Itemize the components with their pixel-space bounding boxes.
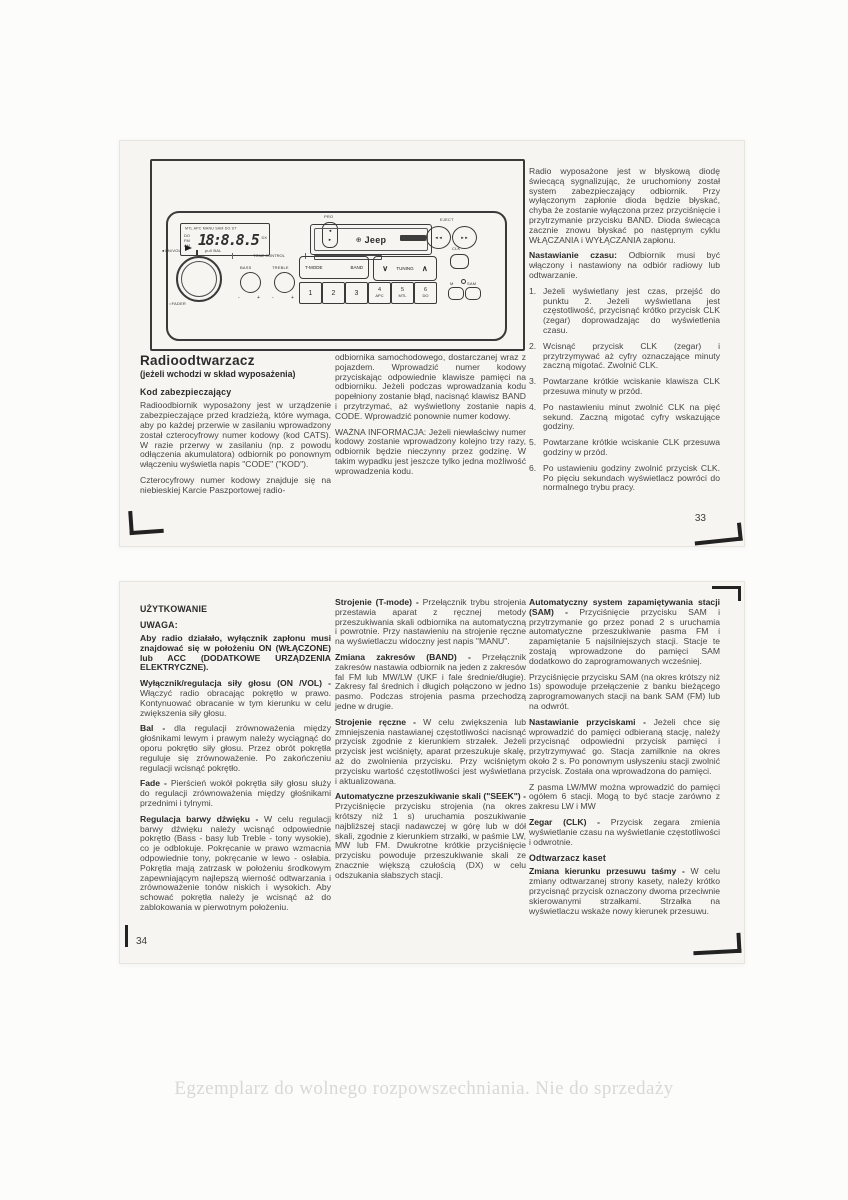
treble-label: TREBLE: [272, 266, 289, 270]
clk-label: CLK: [452, 247, 460, 251]
bass-label: BASS: [240, 266, 251, 270]
corner-mark: [128, 509, 164, 535]
bass-minus-label: -: [238, 296, 240, 301]
preset-button-6: 6DO: [414, 282, 437, 304]
list-item: 5.Powtarzane krótkie wciskanie CLK przes…: [529, 438, 720, 458]
preset-button-4: 4APC: [368, 282, 391, 304]
sam-label: SAM: [467, 282, 476, 286]
paragraph: Bal - dla regulacji zrównoważenia między…: [140, 724, 331, 773]
heading: Kod zabezpieczający: [140, 387, 331, 397]
treble-plus-label: +: [291, 296, 294, 301]
tmode-label: T-MODE: [305, 265, 323, 270]
rewind-icon: ◄◄: [435, 235, 443, 240]
paragraph: Strojenie (T-mode) - Przełącznik trybu s…: [335, 598, 526, 647]
list-item: 1.Jeżeli wyświetlany jest czas, przejść …: [529, 287, 720, 336]
paragraph: Automatyczne przeszukiwanie skali ("SEEK…: [335, 792, 526, 880]
paragraph: WAŻNA INFORMACJA: Jeżeli niewłaściwy num…: [335, 428, 526, 477]
tuning-label: TUNING: [396, 266, 413, 271]
paragraph: Fade - Pierścień wokół pokrętła siły gło…: [140, 779, 331, 808]
treble-knob: [274, 272, 295, 293]
heading: (jeżeli wchodzi w skład wyposażenia): [140, 369, 331, 379]
brand-logo: Jeep: [365, 235, 387, 245]
tone-control-label: TONE CONTROL: [232, 253, 306, 259]
paragraph: Zmiana zakresów (BAND) - Przełącznik zak…: [335, 653, 526, 712]
corner-mark: [693, 933, 742, 955]
text-column-right: Automatyczny system zapamiętywania stacj…: [529, 598, 720, 922]
paragraph: Przyciśnięcie przycisku SAM (na okres kr…: [529, 673, 720, 712]
pro-label: PRO: [324, 215, 333, 219]
onvol-label: ●ON/VOL: [162, 249, 181, 253]
paragraph: Radioodbiornik wyposażony jest w urządze…: [140, 401, 331, 470]
pull-bal-label: pull BAL: [205, 249, 222, 253]
sam-button: [465, 287, 481, 300]
page-number: 34: [136, 936, 147, 947]
dolby-badge: [400, 235, 426, 241]
manual-page-34: UŻYTKOWANIEUWAGA:Aby radio działało, wył…: [119, 581, 745, 964]
display-digits: 18:8.8.5: [198, 231, 258, 249]
eject-label: EJECT: [440, 218, 454, 222]
rewind-button: ◄◄: [426, 226, 451, 249]
paragraph: Automatyczny system zapamiętywania stacj…: [529, 598, 720, 667]
display-dx-label: DX: [261, 235, 267, 240]
radio-display: MTL APC MANU SAM DO ST DO FM AM 18:8.8.5…: [180, 223, 270, 256]
clk-button: [450, 254, 469, 269]
memory-label: M: [450, 282, 454, 286]
tmode-band-button: T-MODE BAND: [299, 256, 369, 279]
list-item: 3.Powtarzane krótkie wciskanie klawisza …: [529, 377, 720, 397]
paragraph: Czterocyfrowy numer kodowy znajduje się …: [140, 476, 331, 496]
cassette-door: ⊕ Jeep: [310, 224, 432, 255]
bass-knob: [240, 272, 261, 293]
heading: Radioodtwarzacz: [140, 353, 331, 368]
radio-diagram: MTL APC MANU SAM DO ST DO FM AM 18:8.8.5…: [150, 159, 525, 351]
paragraph: Aby radio działało, wyłącznik zapłonu mu…: [140, 634, 331, 673]
preset-button-5: 5MTL: [391, 282, 414, 304]
paragraph: Regulacja barwy dźwięku - W celu regulac…: [140, 815, 331, 913]
memory-button: [448, 287, 464, 300]
volume-knob: [176, 256, 222, 302]
manual-page-33: MTL APC MANU SAM DO ST DO FM AM 18:8.8.5…: [119, 140, 745, 547]
band-label: BAND: [350, 265, 363, 270]
fader-label: ○FADER: [169, 302, 186, 306]
corner-mark: [125, 925, 134, 947]
preset-button-2: 2: [322, 282, 345, 304]
display-indicator-labels: MTL APC MANU SAM DO ST: [185, 227, 237, 231]
watermark-text: Egzemplarz do wolnego rozpowszechniania.…: [0, 1078, 848, 1100]
text-column-right: Radio wyposażone jest w błyskową diodę ś…: [529, 167, 720, 499]
text-column-middle: Strojenie (T-mode) - Przełącznik trybu s…: [335, 598, 526, 887]
led-indicator: [461, 279, 466, 284]
paragraph: Nastawianie przyciskami - Jeżeli chce si…: [529, 718, 720, 777]
text-column-middle: odbiornika samochodowego, dostarczanej w…: [335, 353, 526, 483]
tuning-button: ∨ TUNING ∧: [373, 256, 437, 281]
heading: UWAGA:: [140, 620, 331, 630]
paragraph: Zmiana kierunku przesuwu taśmy - W celu …: [529, 867, 720, 916]
heading: UŻYTKOWANIE: [140, 604, 331, 614]
paragraph: Z pasma LW/MW można wprowadzić do pamięc…: [529, 783, 720, 812]
corner-mark: [712, 586, 741, 601]
tuning-up-icon: ∧: [422, 265, 428, 273]
heading: Odtwarzacz kaset: [529, 853, 720, 863]
jeep-badge-icon: ⊕: [356, 236, 362, 244]
treble-minus-label: -: [272, 296, 274, 301]
list-item: 4.Po nastawieniu minut zwolnić CLK na pi…: [529, 403, 720, 432]
text-column-left: Radioodtwarzacz(jeżeli wchodzi w skład w…: [140, 353, 331, 502]
radio-faceplate: MTL APC MANU SAM DO ST DO FM AM 18:8.8.5…: [166, 211, 507, 341]
preset-button-3: 3: [345, 282, 368, 304]
list-item: 2.Wcisnąć przycisk CLK (zegar) i przytrz…: [529, 342, 720, 371]
fast-forward-icon: ►►: [461, 235, 469, 240]
list-item: 6.Po ustawieniu godziny zwolnić przycisk…: [529, 464, 720, 493]
paragraph: Radio wyposażone jest w błyskową diodę ś…: [529, 167, 720, 245]
paragraph: Strojenie ręczne - W celu zwiększenia lu…: [335, 718, 526, 787]
corner-mark: [693, 523, 743, 546]
tape-direction-icon: [185, 245, 192, 251]
paragraph: Zegar (CLK) - Przycisk zegara zmienia wy…: [529, 818, 720, 847]
paragraph: odbiornika samochodowego, dostarczanej w…: [335, 353, 526, 422]
text-column-left: UŻYTKOWANIEUWAGA:Aby radio działało, wył…: [140, 598, 331, 919]
tuning-down-icon: ∨: [382, 265, 388, 273]
preset-button-1: 1: [299, 282, 322, 304]
scanned-manual: MTL APC MANU SAM DO ST DO FM AM 18:8.8.5…: [0, 0, 848, 1200]
paragraph: Nastawianie czasu: Odbiornik musi być wł…: [529, 251, 720, 280]
bass-plus-label: +: [257, 296, 260, 301]
page-number: 33: [695, 513, 706, 524]
paragraph: Wyłącznik/regulacja siły głosu (ON /VOL)…: [140, 679, 331, 718]
